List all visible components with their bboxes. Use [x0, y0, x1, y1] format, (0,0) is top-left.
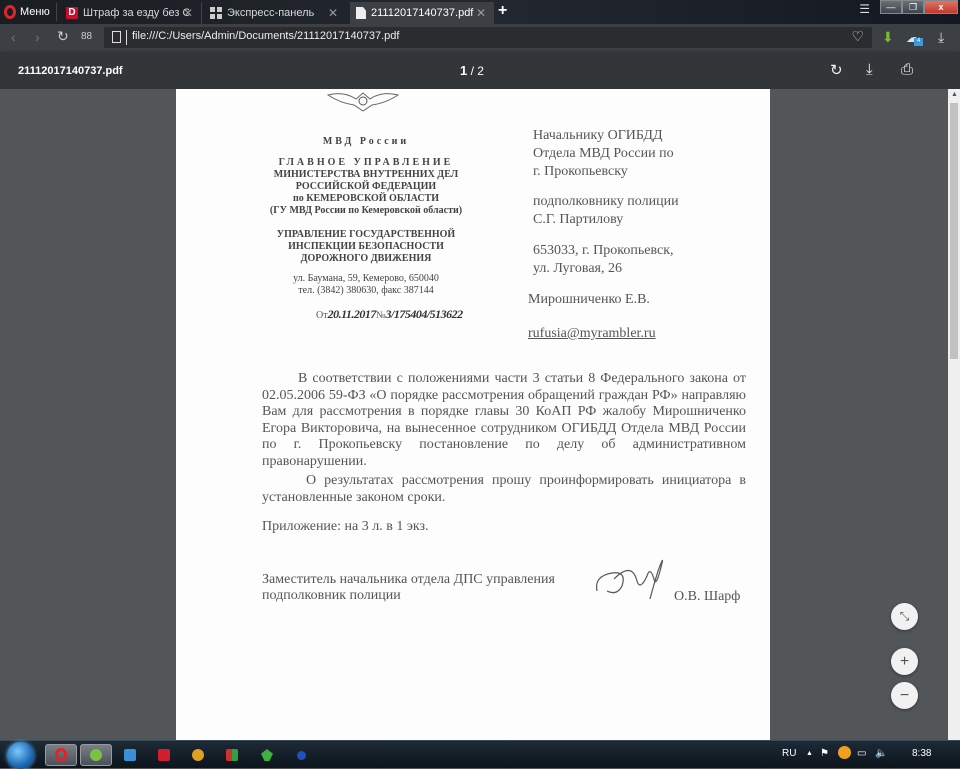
taskbar-app[interactable] — [148, 744, 180, 766]
opera-icon — [55, 748, 67, 762]
aimp-icon — [192, 749, 204, 761]
minimize-button[interactable]: — — [880, 0, 902, 14]
taskbar-opera[interactable] — [45, 744, 77, 766]
page-separator: / — [471, 64, 474, 78]
recipient-line: 653033, г. Прокопьевск, — [533, 242, 753, 260]
taskbar-app[interactable] — [285, 744, 317, 766]
ref-date: 20.11.2017 — [328, 307, 376, 321]
signer-title-line: Заместитель начальника отдела ДПС управл… — [262, 572, 555, 588]
pdf-viewer: МВД России ГЛАВНОЕ УПРАВЛЕНИЕ МИНИСТЕРСТ… — [0, 89, 948, 740]
reload-button[interactable]: ↻ — [57, 28, 69, 45]
letterhead-ministry: МВД России — [256, 135, 476, 148]
cc-name: Мирошниченко Е.В. — [528, 291, 748, 309]
language-indicator[interactable]: RU — [782, 748, 796, 759]
recipient-address-block: 653033, г. Прокопьевск, ул. Луговая, 26 — [533, 242, 753, 278]
download-extension-icon[interactable]: ⬇ — [882, 29, 894, 46]
game-app-icon — [226, 749, 238, 761]
url-field[interactable]: file:///C:/Users/Admin/Documents/2111201… — [104, 27, 872, 48]
pdf-toolbar: 21112017140737.pdf 1 / 2 ↻ ⤓ ⎙ — [0, 52, 960, 89]
recipient-rank-block: подполковнику полиции С.Г. Партилову — [533, 193, 753, 229]
tab-title: Экспресс-панель — [227, 7, 314, 19]
recipient-line: ул. Луговая, 26 — [533, 260, 753, 278]
tab-express-panel[interactable]: Экспресс-панель ✕ — [204, 2, 346, 24]
blue-app-icon — [297, 751, 306, 760]
taskbar-app[interactable] — [182, 744, 214, 766]
recipient-line: С.Г. Партилову — [533, 211, 753, 229]
pdf-page: МВД России ГЛАВНОЕ УПРАВЛЕНИЕ МИНИСТЕРСТ… — [176, 89, 770, 740]
tray-app-icon[interactable] — [838, 746, 851, 759]
back-button[interactable]: ‹ — [11, 29, 16, 45]
d-logo-icon: D — [66, 7, 78, 19]
close-window-button[interactable]: x — [924, 0, 958, 14]
menu-label: Меню — [20, 6, 50, 18]
download-icon[interactable]: ⤓ — [866, 61, 873, 78]
letterhead-line: (ГУ МВД России по Кемеровской области) — [256, 204, 476, 217]
eagle-emblem-icon — [326, 89, 400, 113]
close-tab-icon[interactable]: ✕ — [328, 6, 338, 20]
taskbar-app[interactable] — [251, 744, 283, 766]
signer-title: Заместитель начальника отдела ДПС управл… — [262, 572, 555, 604]
pdf-filename: 21112017140737.pdf — [18, 65, 123, 77]
scrollbar-thumb[interactable] — [950, 103, 958, 359]
zoom-out-button[interactable]: − — [891, 682, 918, 709]
utorrent-icon — [90, 749, 102, 761]
tab-shtraf[interactable]: D Штраф за езду без Осаго ✕ — [60, 2, 202, 24]
tab-title: Штраф за езду без Осаго — [83, 7, 189, 19]
cursor-divider — [126, 30, 127, 45]
signature-icon — [592, 551, 672, 601]
current-page-input[interactable]: 1 — [460, 63, 467, 78]
speed-dial-button[interactable]: 88 — [81, 31, 92, 42]
rotate-icon[interactable]: ↻ — [830, 61, 843, 79]
zoom-in-button[interactable]: + — [891, 648, 918, 675]
tab-pdf[interactable]: 21112017140737.pdf ✕ — [350, 2, 494, 24]
clock[interactable]: 8:38 — [912, 748, 931, 759]
tab-title: 21112017140737.pdf — [371, 7, 473, 19]
letterhead-phone: тел. (3842) 380630, факс 387144 — [256, 284, 476, 297]
vertical-scrollbar[interactable]: ▲ — [948, 89, 960, 740]
letterhead-line: ДОРОЖНОГО ДВИЖЕНИЯ — [256, 252, 476, 265]
fit-page-button[interactable]: ⤡ — [891, 603, 918, 630]
scroll-up-icon[interactable]: ▲ — [951, 91, 958, 98]
recipient-line: подполковнику полиции — [533, 193, 753, 211]
total-pages: 2 — [477, 64, 484, 78]
recipient-line: г. Прокопьевску — [533, 163, 753, 181]
office-app-icon — [158, 749, 170, 761]
ref-number: 3/175404/513622 — [385, 307, 462, 321]
ref-prefix: От — [316, 310, 328, 321]
recipient-line: Отдела МВД России по — [533, 145, 753, 163]
taskbar-app[interactable] — [114, 744, 146, 766]
opera-logo-icon — [4, 5, 16, 19]
reference-line: От20.11.2017№3/175404/513622 — [316, 307, 463, 322]
network-icon[interactable]: ▭ — [857, 748, 866, 759]
bookmark-heart-icon[interactable]: ♡ — [851, 28, 864, 45]
grid-icon — [210, 7, 222, 19]
attachment-note: Приложение: на 3 л. в 1 экз. — [262, 519, 746, 536]
print-icon[interactable]: ⎙ — [901, 61, 913, 78]
tab-bar: Меню D Штраф за езду без Осаго ✕ Экспрес… — [0, 0, 960, 24]
address-bar: ‹ › ↻ 88 file:///C:/Users/Admin/Document… — [0, 24, 960, 52]
taskbar-utorrent[interactable] — [80, 744, 112, 766]
body-paragraph: В соответствии с положениями части 3 ста… — [262, 371, 746, 470]
recipient-line: Начальнику ОГИБДД — [533, 127, 753, 145]
page-icon — [112, 31, 121, 43]
maximize-button[interactable]: ❐ — [902, 0, 924, 14]
action-center-flag-icon[interactable]: ⚑ — [820, 748, 829, 759]
opera-menu-button[interactable]: Меню — [4, 3, 57, 21]
close-tab-icon[interactable]: ✕ — [183, 6, 193, 20]
window-controls: — ❐ x — [880, 0, 958, 14]
sync-badge: 4 — [914, 38, 923, 46]
close-tab-icon[interactable]: ✕ — [476, 6, 486, 20]
start-button[interactable] — [7, 742, 34, 768]
windows-taskbar: RU ▲ ⚑ ▭ 🔈 8:38 — [0, 740, 960, 768]
show-hidden-icons[interactable]: ▲ — [806, 750, 813, 757]
recipient-block: Начальнику ОГИБДД Отдела МВД России по г… — [533, 127, 753, 181]
url-text[interactable]: file:///C:/Users/Admin/Documents/2111201… — [132, 30, 399, 42]
tab-menu-icon[interactable]: ☰ — [859, 2, 870, 16]
volume-icon[interactable]: 🔈 — [875, 748, 887, 759]
forward-button[interactable]: › — [35, 29, 40, 45]
new-tab-button[interactable]: + — [498, 2, 507, 20]
downloads-icon[interactable]: ⤓ — [938, 29, 944, 46]
cc-email-link[interactable]: rufusia@myrambler.ru — [528, 325, 656, 343]
zip-app-icon — [124, 749, 136, 761]
signer-name: О.В. Шарф — [674, 589, 740, 605]
page-indicator: 1 / 2 — [460, 63, 484, 78]
body-paragraph: О результатах рассмотрения прошу проинфо… — [262, 473, 746, 506]
taskbar-app[interactable] — [216, 744, 248, 766]
frog-app-icon — [261, 749, 273, 761]
document-icon — [356, 7, 366, 19]
signer-title-line: подполковник полиции — [262, 588, 555, 604]
